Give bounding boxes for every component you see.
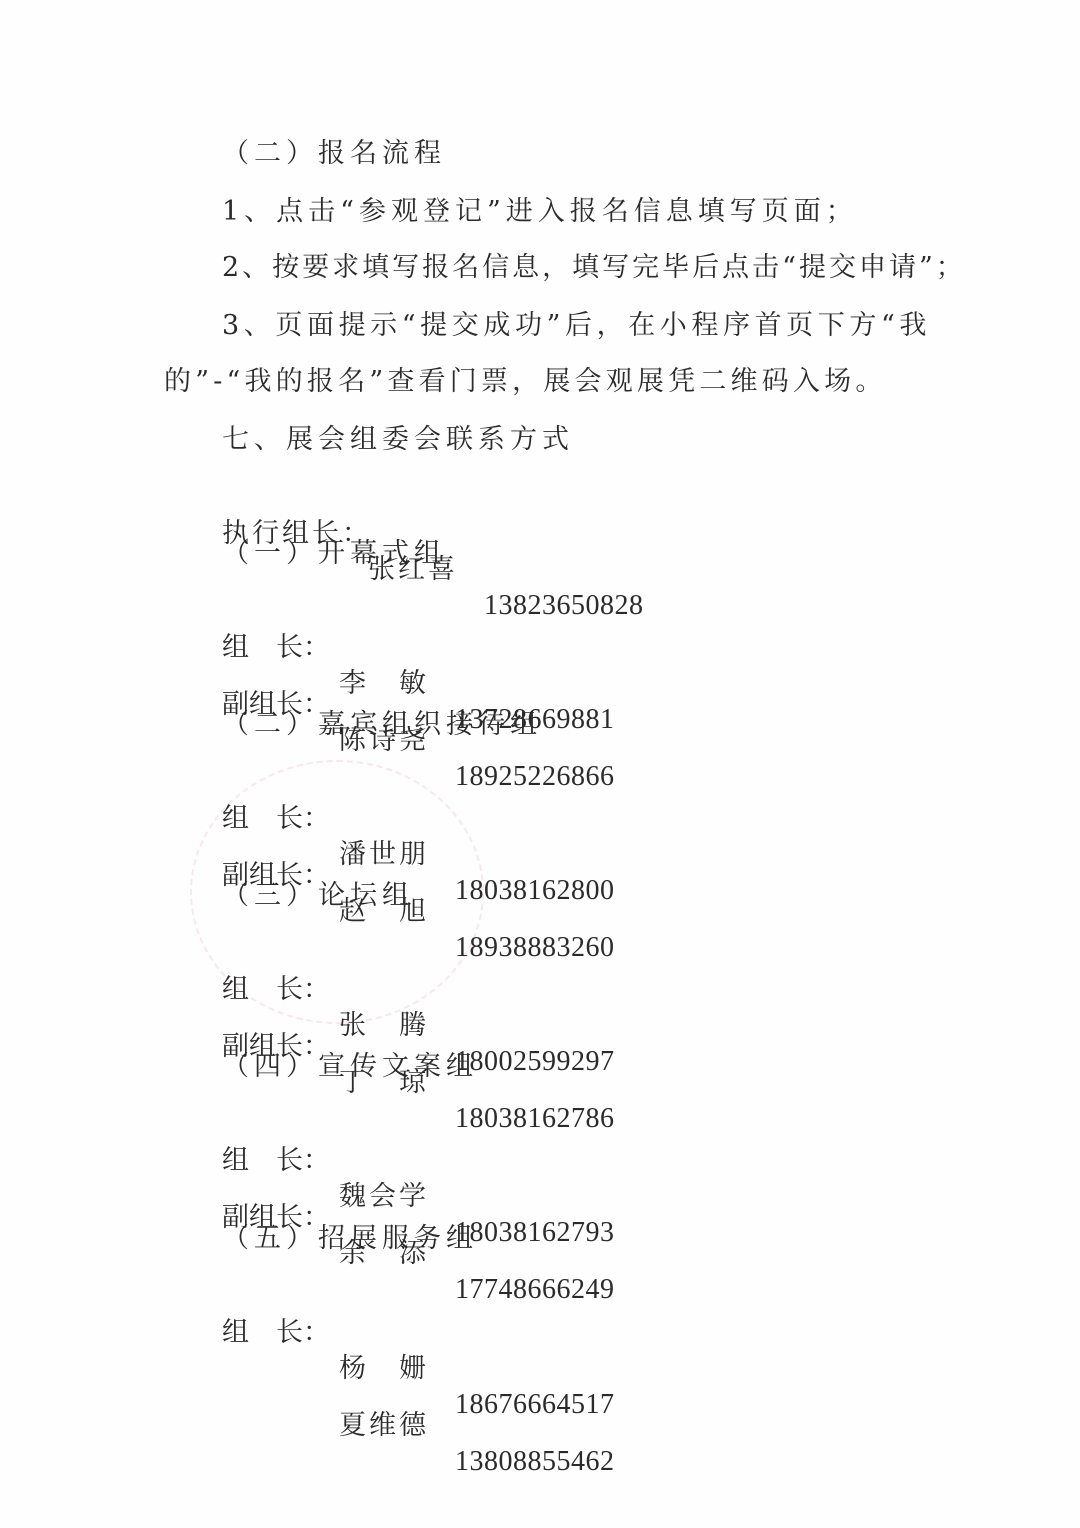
contacts-heading: 七、展会组委会联系方式 [222, 422, 574, 458]
group-title: （四）宣传文案组 [222, 1049, 478, 1085]
contact-phone: 13808855462 [455, 1444, 615, 1480]
group-title: （二）嘉宾组织接待组 [222, 707, 542, 743]
contact-phone: 18038162800 [455, 873, 615, 909]
contact-phone: 13823650828 [484, 588, 644, 624]
contact-phone: 18038162793 [455, 1215, 615, 1251]
registration-step-1: 1、点击“参观登记”进入报名信息填写页面； [222, 194, 858, 230]
contact-name: 潘世朋 [339, 837, 429, 873]
contact-phone: 18938883260 [455, 930, 615, 966]
registration-step-3-continued: 的”-“我的报名”查看门票，展会观展凭二维码入场。 [164, 364, 887, 400]
contact-phone: 18925226866 [455, 759, 615, 795]
document-page: （二）报名流程 1、点击“参观登记”进入报名信息填写页面； 2、按要求填写报名信… [0, 0, 1080, 1528]
contact-name: 李 敏 [339, 666, 429, 702]
group-title: （三）论坛组 [222, 878, 414, 914]
group-title: （一）开幕式组 [222, 536, 446, 572]
registration-heading: （二）报名流程 [222, 136, 446, 172]
contact-name: 魏会学 [339, 1179, 429, 1215]
group-title: （五）招展服务组 [222, 1221, 478, 1257]
registration-step-2: 2、按要求填写报名信息，填写完毕后点击“提交申请”； [222, 250, 966, 286]
contact-phone: 18038162786 [455, 1101, 615, 1137]
contact-name: 杨 姗 [339, 1351, 429, 1387]
contact-phone: 18676664517 [455, 1387, 615, 1423]
contact-phone: 18002599297 [455, 1044, 615, 1080]
contact-row: 夏维德 13808855462 [222, 1336, 256, 1516]
contact-name: 张 腾 [339, 1008, 429, 1044]
contact-name: 夏维德 [339, 1408, 429, 1444]
registration-step-3: 3、页面提示“提交成功”后，在小程序首页下方“我 [222, 308, 931, 344]
contact-phone: 17748666249 [455, 1272, 615, 1308]
